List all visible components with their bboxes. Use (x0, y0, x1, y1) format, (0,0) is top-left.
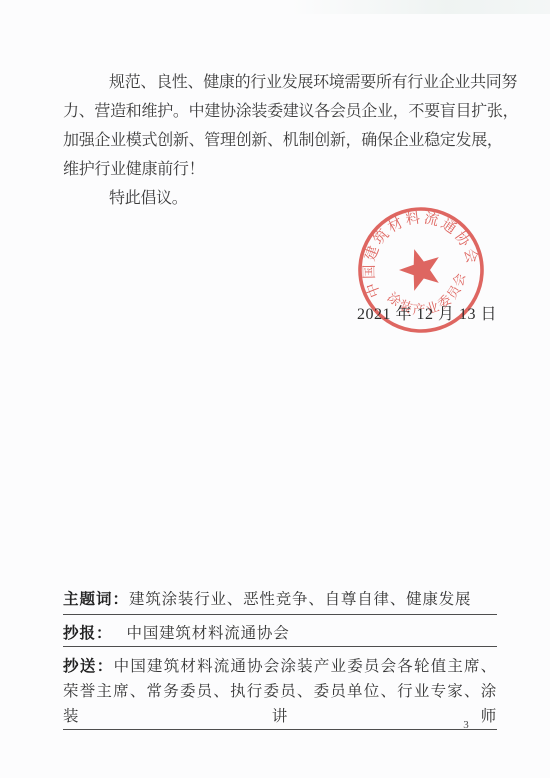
body-line: 维护行业健康前行！ (63, 155, 499, 184)
body-text: 规范、良性、健康的行业发展环境需要所有行业企业共同努 力、营造和维护。中建协涂装… (63, 68, 499, 213)
footer-label-copy-send: 抄送： (63, 658, 114, 675)
document-page: { "page": { "background": "#fcfcfd", "nu… (0, 0, 550, 778)
body-line: 规范、良性、健康的行业发展环境需要所有行业企业共同努 (63, 68, 499, 97)
body-line: 力、营造和维护。中建协涂装委建议各会员企业，不要盲目扩张， (63, 97, 499, 126)
footer-content-copy-send: 中国建筑材料流通协会涂装产业委员会各轮值主席、荣誉主席、常务委员、执行委员、委员… (63, 658, 497, 725)
seal-star-icon (394, 243, 446, 294)
body-line: 加强企业模式创新、管理创新、机制创新，确保企业稳定发展， (63, 126, 499, 155)
footer-label-subject: 主题词： (63, 591, 129, 608)
page-number: 3 (458, 719, 474, 731)
document-footer: 主题词：建筑涂装行业、恶性竞争、自尊自律、健康发展 抄报：中国建筑材料流通协会 … (63, 583, 497, 730)
issue-date: 2021 年 12 月 13 日 (63, 301, 497, 324)
scan-artifact (290, 0, 550, 14)
footer-content-copy-report: 中国建筑材料流通协会 (127, 625, 290, 642)
footer-label-copy-report: 抄报： (63, 625, 113, 642)
footer-row-copy-send: 抄送：中国建筑材料流通协会涂装产业委员会各轮值主席、荣誉主席、常务委员、执行委员… (63, 647, 497, 730)
footer-content-subject: 建筑涂装行业、恶性竞争、自尊自律、健康发展 (129, 591, 471, 608)
footer-row-copy-report: 抄报：中国建筑材料流通协会 (63, 615, 497, 647)
footer-row-subject: 主题词：建筑涂装行业、恶性竞争、自尊自律、健康发展 (63, 583, 497, 615)
